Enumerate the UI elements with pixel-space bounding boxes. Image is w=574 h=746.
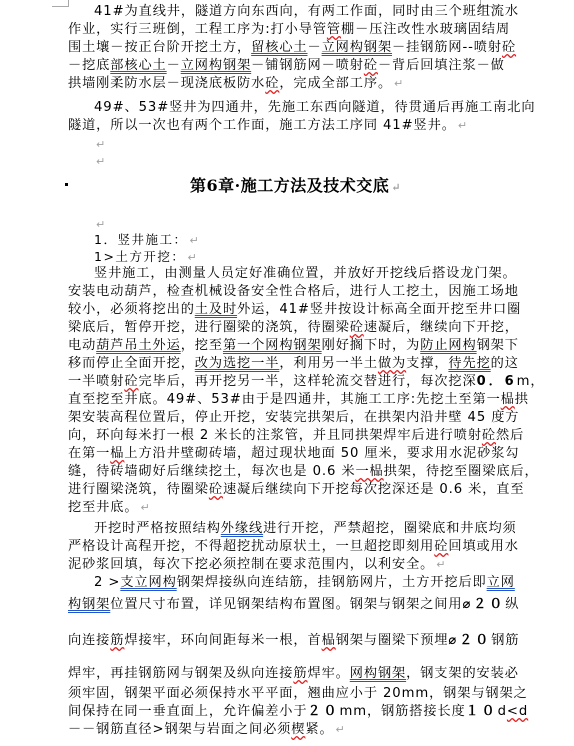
text-line: 间保持在同一垂直面上，允许偏差小于２０mm，钢筋搭接长度１０d<d [68, 704, 528, 720]
text-line: 泥砂浆回填，每次下挖必须控制在要求范围内，以利安全。↵ [68, 557, 446, 573]
text-line: 梁底后，暂停开挖，进行圈梁的浇筑，待圈梁砼速凝后，继续向下开挖， [68, 320, 519, 336]
text-line: 移而停止全面开挖，改为选挖一半，利用另一半土做为支撑，待先挖的这 [68, 356, 519, 372]
paragraph-mark-icon: ↵ [391, 181, 401, 194]
text-line: 安装电动葫芦，检查机械设备安全性合格后，进行人工挖土，因施工场地 [68, 284, 519, 300]
empty-paragraph: ↵ [94, 154, 106, 170]
chapter-title: 第6章·施工方法及技术交底↵ [190, 173, 401, 196]
text-line: 一半喷射砼完毕后，再开挖另一半，这样轮流交替进行，每次挖深0．6m， [68, 374, 545, 390]
text-line: 拱墙刚柔防水层－现浇底板防水砼，完成全部工序。↵ [68, 76, 404, 92]
text-line: 较小，必须将挖出的土及时外运，41#竖井按设计标高全面开挖至井口圈 [68, 302, 521, 318]
page-corner-mark-left [52, 0, 69, 7]
text-line: 2 >支立网构钢架焊接纵向连结筋，挂钢筋网片，土方开挖后即立网 [94, 575, 515, 591]
text-line: 构钢架位置尺寸布置，详见钢架结构布置图。钢架与钢架之间用⌀２０纵 [68, 597, 519, 613]
paragraph-mark-icon: ↵ [96, 218, 106, 231]
paragraph-mark-icon: ↵ [96, 138, 106, 151]
section-heading: 1．竖井施工：↵ [94, 232, 200, 249]
subsection-heading: 1>土方开挖：↵ [94, 249, 198, 266]
text-line: 向，环向每米打一根 2 米长的注浆管，并且同拱架焊牢后进行喷射砼然后 [68, 428, 524, 444]
paragraph-mark-icon: ↵ [394, 77, 404, 90]
text-line: 直至挖至井底。49#、53#由于是四通井，其施工工序:先挖土至第一榀拱 [68, 392, 529, 408]
text-line: 向连接筋焊接牢，环向间距每米一根，首榀钢架与圈梁下预埋⌀２０钢筋 [68, 633, 519, 649]
text-line: 严格设计高程开挖，不得超挖扰动原状土，一旦超挖即刻用砼回填或用水 [68, 539, 519, 555]
empty-paragraph: ↵ [94, 137, 106, 153]
text-line: 作业，实行三班倒，工程工序为:打小导管管棚－压注改性水玻璃固结周 [68, 22, 510, 38]
paragraph-mark-icon: ↵ [458, 119, 468, 132]
text-line: 竖井施工，由测量人员定好准确位置，并放好开挖线后搭设龙门架。 [94, 266, 517, 282]
text-line: 电动葫芦吊土外运，挖至第一个网构钢架刚好搁下时，为防止网构钢架下 [68, 338, 519, 354]
text-line: 围土壤－按正台阶开挖土方，留核心土－立网构钢架－挂钢筋网--喷射砼 [68, 40, 516, 56]
text-line: －－钢筋直径>钢架与岩面之间必须楔紧。↵ [68, 722, 346, 738]
text-line: 焊牢，再挂钢筋网与钢架及纵向连接筋焊牢。网构钢架，钢支架的安装必 [68, 666, 519, 682]
text-line: 开挖时严格按照结构外缘线进行开挖，严禁超挖，圈梁底和井底均须 [94, 521, 517, 537]
text-line: 隧道，所以一次也有两个工作面，施工方法工序同 41#竖井。↵ [68, 118, 468, 134]
paragraph-mark-icon: ↵ [189, 234, 200, 247]
text-line: －挖底部核心土－立网构钢架－铺钢筋网－喷射砼－背后回填注浆－做 [68, 58, 505, 74]
text-line: 49#、53#竖井为四通井，先施工东西向隧道，待贯通后再施工南北向 [94, 100, 535, 116]
paragraph-mark-icon: ↵ [96, 155, 106, 168]
text-line: 41#为直线井，隧道方向东西向，有两工作面，同时由三个班组流水 [94, 4, 519, 20]
text-line: 挖至井底。↵ [68, 500, 151, 516]
empty-paragraph: ↵ [94, 217, 106, 233]
paragraph-mark-icon: ↵ [336, 723, 346, 736]
text-line: 架安装高程位置后，停止开挖，安装完拱架后，在拱架内沿井壁 45 度方 [68, 410, 519, 426]
text-line: 缝，待砖墙砌好后继续挖土，每次也是 0.6 米一榀拱架，待挖至圈梁底后， [68, 464, 539, 480]
paragraph-mark-icon: ↵ [140, 501, 150, 514]
text-line: 在第一榀上方沿井壁砌砖墙，超过现状地面 50 厘米，要求用水泥砂浆勾 [68, 446, 519, 462]
heading-bullet [65, 183, 68, 186]
paragraph-mark-icon: ↵ [187, 251, 198, 264]
text-line: 须牢固，钢架平面必须保持水平平面，翘曲应小于 20mm，钢架与钢架之 [68, 686, 528, 702]
text-line: 进行圈梁浇筑，待圈梁砼速凝后继续向下开挖每次挖深还是 0.6 米，直至 [68, 482, 525, 498]
paragraph-mark-icon: ↵ [436, 558, 446, 571]
